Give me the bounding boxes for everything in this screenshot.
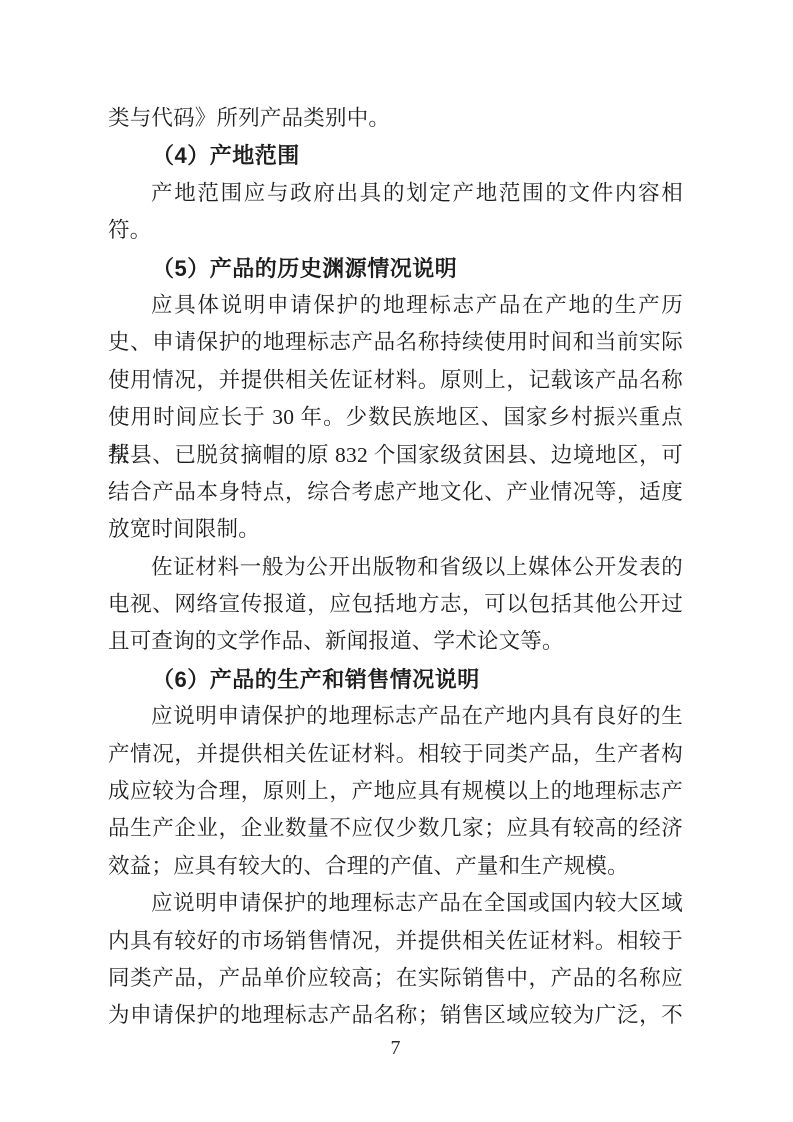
section-heading: （4）产地范围 bbox=[108, 137, 683, 174]
text-line: 为申请保护的地理标志产品名称；销售区域应较为广泛，不 bbox=[108, 997, 683, 1034]
text-line: 放宽时间限制。 bbox=[108, 511, 683, 548]
text-line: 内具有较好的市场销售情况，并提供相关佐证材料。相较于 bbox=[108, 923, 683, 960]
text-line: 成应较为合理，原则上，产地应具有规模以上的地理标志产 bbox=[108, 773, 683, 810]
section-heading: （5）产品的历史渊源情况说明 bbox=[108, 250, 683, 287]
text-line: 佐证材料一般为公开出版物和省级以上媒体公开发表的 bbox=[108, 549, 683, 586]
text-line: 效益；应具有较大的、合理的产值、产量和生产规模。 bbox=[108, 848, 683, 885]
text-line: 产情况，并提供相关佐证材料。相较于同类产品，生产者构 bbox=[108, 736, 683, 773]
text-line: 同类产品，产品单价应较高；在实际销售中，产品的名称应 bbox=[108, 960, 683, 997]
text-line: 应说明申请保护的地理标志产品在产地内具有良好的生 bbox=[108, 698, 683, 735]
page-footer: 7 bbox=[108, 1034, 683, 1062]
text-line: 类与代码》所列产品类别中。 bbox=[108, 100, 683, 137]
text-line: 符。 bbox=[108, 212, 683, 249]
section-heading: （6）产品的生产和销售情况说明 bbox=[108, 661, 683, 698]
text-line: 产地范围应与政府出具的划定产地范围的文件内容相 bbox=[108, 175, 683, 212]
document-page: 类与代码》所列产品类别中。（4）产地范围产地范围应与政府出具的划定产地范围的文件… bbox=[0, 0, 793, 1122]
document-content: 类与代码》所列产品类别中。（4）产地范围产地范围应与政府出具的划定产地范围的文件… bbox=[108, 100, 683, 1035]
text-line: 且可查询的文学作品、新闻报道、学术论文等。 bbox=[108, 623, 683, 660]
text-line: 史、申请保护的地理标志产品名称持续使用时间和当前实际 bbox=[108, 324, 683, 361]
text-line: 品生产企业，企业数量不应仅少数几家；应具有较高的经济 bbox=[108, 810, 683, 847]
text-line: 应说明申请保护的地理标志产品在全国或国内较大区域 bbox=[108, 885, 683, 922]
text-line: 电视、网络宣传报道，应包括地方志，可以包括其他公开过 bbox=[108, 586, 683, 623]
text-line: 使用情况，并提供相关佐证材料。原则上，记载该产品名称 bbox=[108, 362, 683, 399]
text-line: 使用时间应长于 30 年。少数民族地区、国家乡村振兴重点帮 bbox=[108, 399, 683, 436]
page-number: 7 bbox=[391, 1037, 401, 1059]
text-line: 结合产品本身特点，综合考虑产地文化、产业情况等，适度 bbox=[108, 474, 683, 511]
text-line: 扶县、已脱贫摘帽的原 832 个国家级贫困县、边境地区，可 bbox=[108, 437, 683, 474]
text-line: 应具体说明申请保护的地理标志产品在产地的生产历 bbox=[108, 287, 683, 324]
